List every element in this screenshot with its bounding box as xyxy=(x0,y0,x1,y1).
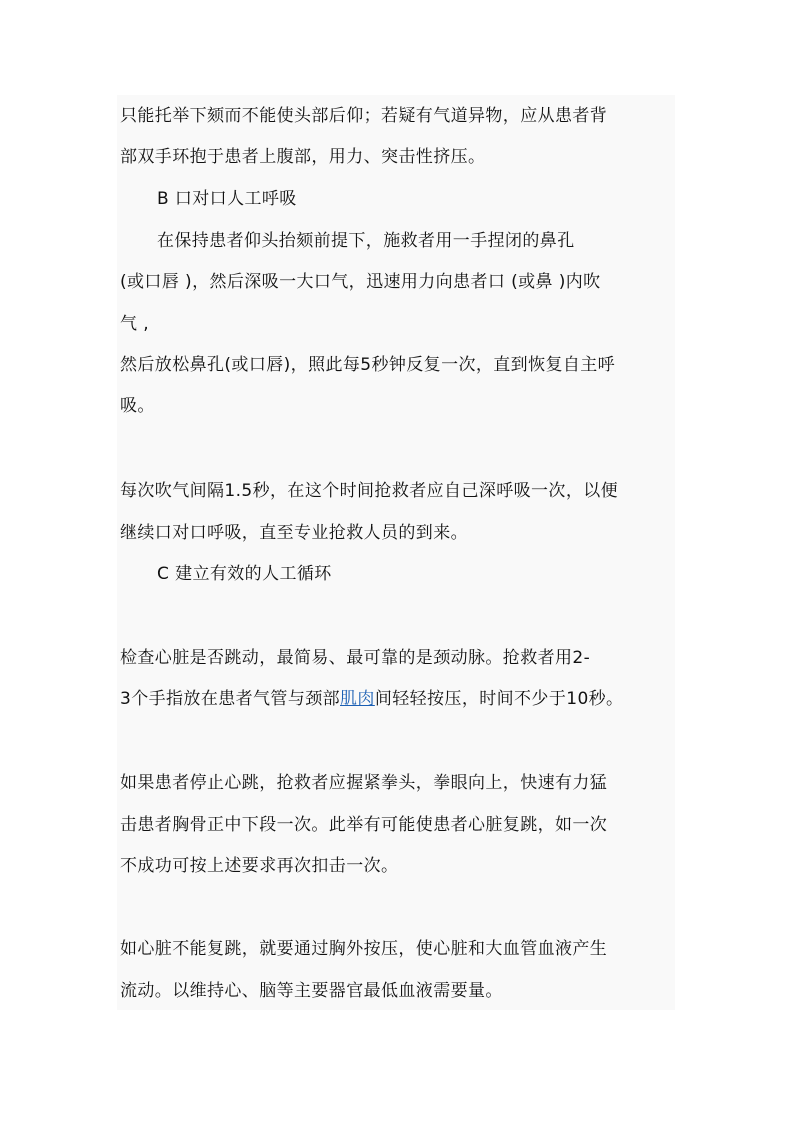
text-segment: 间轻轻按压，时间不少于10秒。 xyxy=(375,689,624,709)
paragraph-line: 检查心脏是否跳动，最简易、最可靠的是颈动脉。抢救者用2- xyxy=(120,647,590,669)
text-segment: 3个手指放在患者气管与颈部 xyxy=(120,689,340,709)
paragraph-line: 每次吹气间隔1.5秒，在这个时间抢救者应自己深呼吸一次，以便 xyxy=(120,480,618,502)
paragraph-line: 击患者胸骨正中下段一次。此举有可能使患者心脏复跳，如一次 xyxy=(120,814,607,836)
document-body: 只能托举下颏而不能使头部后仰；若疑有气道异物，应从患者背 部双手环抱于患者上腹部… xyxy=(117,95,675,1010)
paragraph-line: 3个手指放在患者气管与颈部肌肉间轻轻按压，时间不少于10秒。 xyxy=(120,688,623,710)
paragraph-line: (或口唇 )，然后深吸一大口气，迅速用力向患者口 (或鼻 )内吹 xyxy=(120,271,601,293)
paragraph-line: 部双手环抱于患者上腹部，用力、突击性挤压。 xyxy=(120,146,485,168)
paragraph-line: 气 , xyxy=(120,313,149,335)
paragraph-line: 流动。以维持心、脑等主要器官最低血液需要量。 xyxy=(120,980,503,1002)
paragraph-line: 不成功可按上述要求再次扣击一次。 xyxy=(120,855,398,877)
paragraph-line: 只能托举下颏而不能使头部后仰；若疑有气道异物，应从患者背 xyxy=(120,105,607,127)
paragraph-line: 然后放松鼻孔(或口唇)，照此每5秒钟反复一次，直到恢复自主呼 xyxy=(120,354,615,376)
section-b-heading: B 口对口人工呼吸 xyxy=(157,188,297,210)
paragraph-line: 吸。 xyxy=(120,395,155,417)
paragraph-line: 如心脏不能复跳，就要通过胸外按压，使心脏和大血管血液产生 xyxy=(120,938,607,960)
paragraph-line: 如果患者停止心跳，抢救者应握紧拳头，拳眼向上，快速有力猛 xyxy=(120,772,607,794)
paragraph-line: 继续口对口呼吸，直至专业抢救人员的到来。 xyxy=(120,522,468,544)
paragraph-line: 在保持患者仰头抬颏前提下，施救者用一手捏闭的鼻孔 xyxy=(157,230,575,252)
muscle-link[interactable]: 肌肉 xyxy=(340,689,375,709)
section-c-heading: C 建立有效的人工循环 xyxy=(157,563,332,585)
